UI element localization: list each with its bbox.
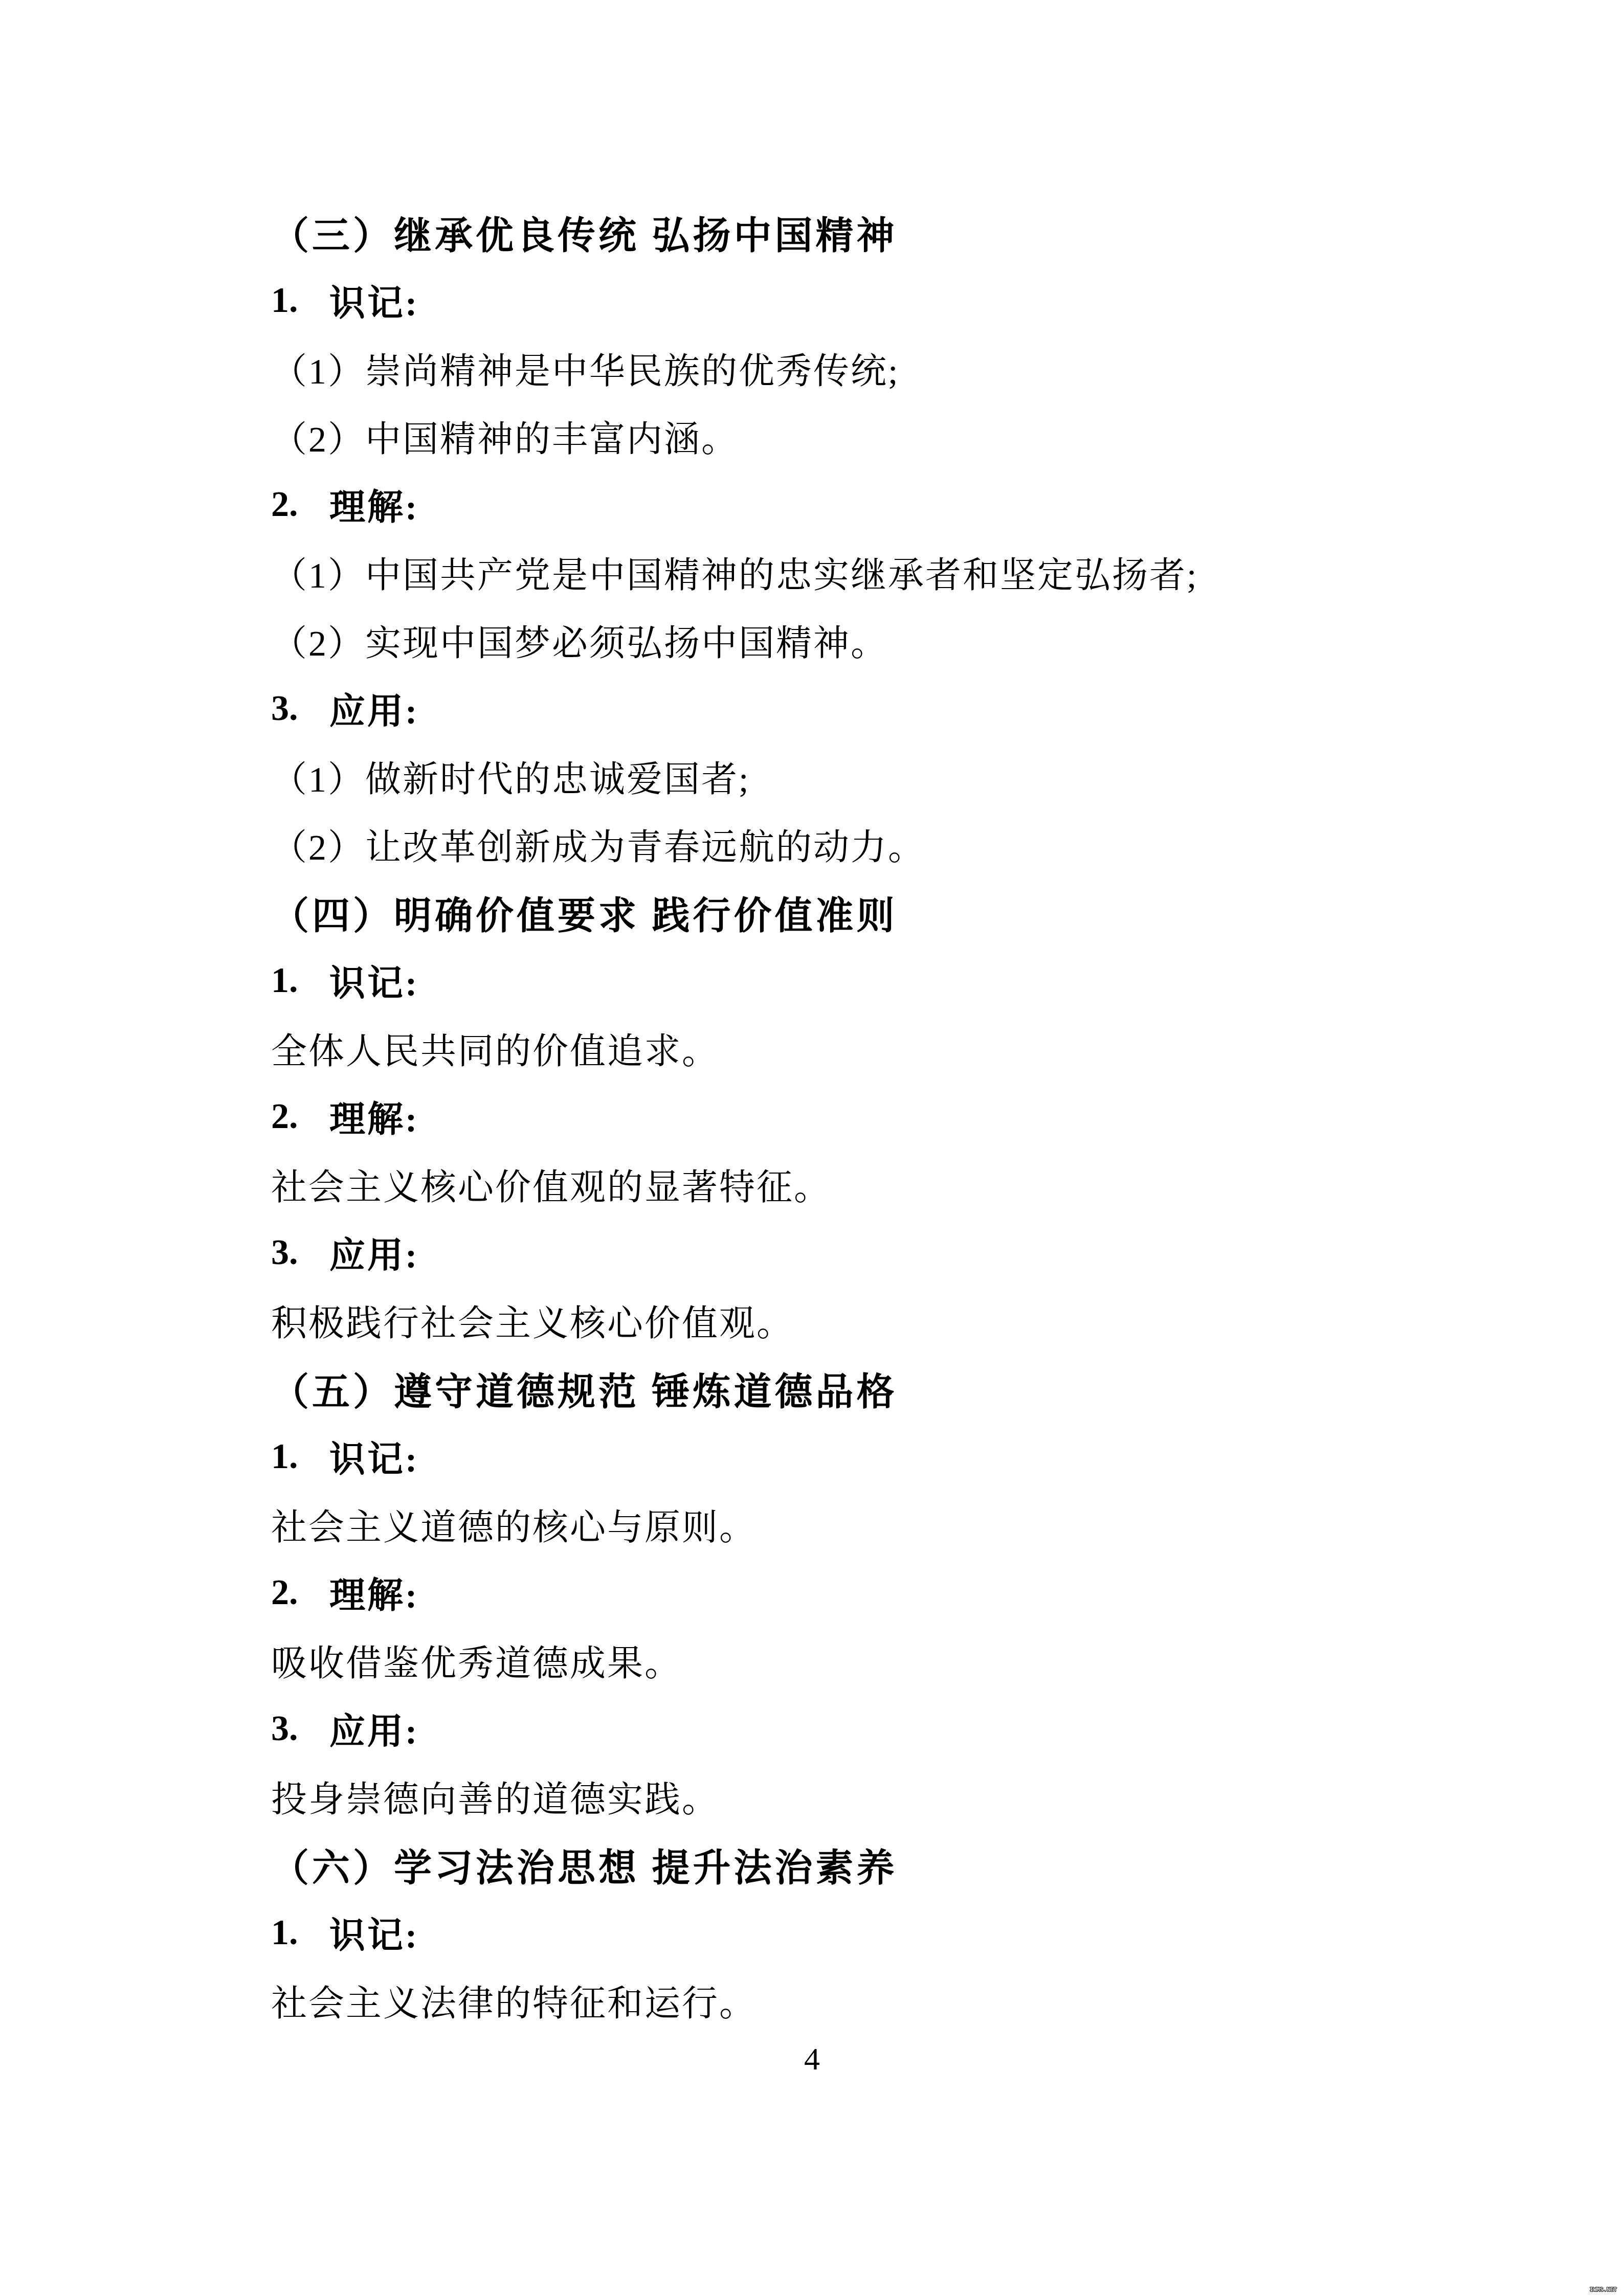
text-line: 全体人民共同的价值追求。	[271, 1015, 1550, 1083]
item-number: 2.	[271, 484, 329, 525]
text-line: 投身崇德向善的道德实践。	[271, 1763, 1550, 1831]
text-line: 社会主义道德的核心与原则。	[271, 1491, 1550, 1559]
document-body: （三）继承优良传统 弘扬中国精神1.识记:（1）崇尚精神是中华民族的优秀传统;（…	[271, 198, 1550, 2035]
item-label: 应用:	[329, 1227, 419, 1278]
numbered-item: 3.应用:	[271, 1219, 1550, 1287]
text-line: （1）中国共产党是中国精神的忠实继承者和坚定弘扬者;	[271, 538, 1550, 606]
text-line: 吸收借鉴优秀道德成果。	[271, 1627, 1550, 1695]
item-number: 1.	[271, 1436, 329, 1477]
numbered-item: 3.应用:	[271, 674, 1550, 742]
section-heading: （三）继承优良传统 弘扬中国精神	[271, 198, 1550, 266]
item-label: 理解:	[329, 479, 419, 530]
item-number: 2.	[271, 1572, 329, 1613]
text-line: （1）崇尚精神是中华民族的优秀传统;	[271, 334, 1550, 402]
item-number: 1.	[271, 960, 329, 1001]
watermark: IWMS.NET	[1590, 2286, 1617, 2293]
text-line: 社会主义核心价值观的显著特征。	[271, 1151, 1550, 1219]
item-label: 识记:	[329, 275, 419, 326]
numbered-item: 2.理解:	[271, 1083, 1550, 1151]
numbered-item: 3.应用:	[271, 1695, 1550, 1763]
document-page: （三）继承优良传统 弘扬中国精神1.识记:（1）崇尚精神是中华民族的优秀传统;（…	[0, 0, 1624, 2296]
item-label: 理解:	[329, 1091, 419, 1142]
text-line: （2）让改革创新成为青春远航的动力。	[271, 811, 1550, 879]
section-heading: （五）遵守道德规范 锤炼道德品格	[271, 1355, 1550, 1423]
item-label: 识记:	[329, 1431, 419, 1482]
item-label: 识记:	[329, 1907, 419, 1959]
numbered-item: 2.理解:	[271, 1559, 1550, 1627]
numbered-item: 1.识记:	[271, 947, 1550, 1015]
section-heading: （六）学习法治思想 提升法治素养	[271, 1831, 1550, 1899]
item-number: 2.	[271, 1096, 329, 1137]
text-line: 积极践行社会主义核心价值观。	[271, 1287, 1550, 1355]
item-number: 1.	[271, 280, 329, 321]
numbered-item: 2.理解:	[271, 470, 1550, 538]
numbered-item: 1.识记:	[271, 1423, 1550, 1491]
numbered-item: 1.识记:	[271, 266, 1550, 334]
item-label: 理解:	[329, 1567, 419, 1618]
text-line: （2）实现中国梦必须弘扬中国精神。	[271, 606, 1550, 674]
item-label: 识记:	[329, 955, 419, 1006]
text-line: （2）中国精神的丰富内涵。	[271, 402, 1550, 470]
text-line: （1）做新时代的忠诚爱国者;	[271, 742, 1550, 811]
item-number: 3.	[271, 1232, 329, 1273]
item-label: 应用:	[329, 683, 419, 734]
text-line: 社会主义法律的特征和运行。	[271, 1967, 1550, 2035]
item-number: 3.	[271, 1708, 329, 1749]
item-label: 应用:	[329, 1703, 419, 1754]
item-number: 3.	[271, 688, 329, 729]
page-number: 4	[0, 2041, 1624, 2078]
numbered-item: 1.识记:	[271, 1899, 1550, 1967]
item-number: 1.	[271, 1912, 329, 1953]
section-heading: （四）明确价值要求 践行价值准则	[271, 879, 1550, 947]
